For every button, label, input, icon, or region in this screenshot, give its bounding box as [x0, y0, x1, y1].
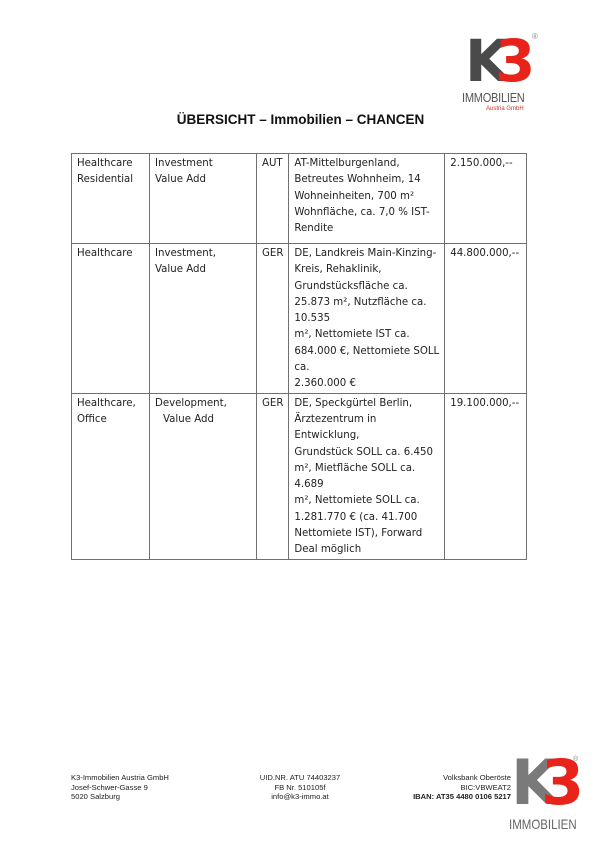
type-line: Healthcare [77, 246, 144, 262]
description-line: Grundstück SOLL ca. 6.450 [294, 445, 439, 461]
type-line: Healthcare, [77, 396, 144, 412]
footer-bic: BIC:VBWEAT2 [400, 783, 511, 793]
description-line: 10.535 [294, 311, 439, 327]
type-line: Office [77, 412, 144, 428]
table-row: HealthcareResidentialInvestmentValue Add… [72, 154, 527, 244]
description-line: Deal möglich [294, 542, 439, 558]
footer-logo-wordmark: IMMOBILIEN [509, 816, 577, 832]
cell-type: Healthcare,Office [72, 393, 150, 559]
cell-description: DE, Landkreis Main-Kinzing-Kreis, Rehakl… [289, 244, 445, 394]
footer-company-address: K3-Immobilien Austria GmbH Josef-Schwer-… [71, 773, 169, 802]
description-line: Kreis, Rehaklinik, [294, 262, 439, 278]
cell-category: InvestmentValue Add [150, 154, 257, 244]
footer-fb-nr: FB Nr. 510105f [240, 783, 360, 793]
page-title: ÜBERSICHT – Immobilien – CHANCEN [0, 112, 601, 127]
cell-description: DE, Speckgürtel Berlin,Ärztezentrum inEn… [289, 393, 445, 559]
registered-icon: ® [573, 756, 578, 763]
footer-company-name: K3-Immobilien Austria GmbH [71, 773, 169, 783]
footer-email: info@k3-immo.at [240, 792, 360, 802]
description-line: Grundstücksfläche ca. [294, 279, 439, 295]
cell-price: 2.150.000,-- [445, 154, 527, 244]
footer-logo: K 3 ® IMMOBILIEN [511, 754, 601, 844]
footer-street: Josef-Schwer-Gasse 9 [71, 783, 169, 793]
type-line: Residential [77, 172, 144, 188]
cell-price: 19.100.000,-- [445, 393, 527, 559]
cell-type: Healthcare [72, 244, 150, 394]
property-table: HealthcareResidentialInvestmentValue Add… [71, 153, 527, 560]
description-line: 684.000 €, Nettomiete SOLL [294, 344, 439, 360]
type-line: Healthcare [77, 156, 144, 172]
cell-category: Investment,Value Add [150, 244, 257, 394]
category-line: Investment, [155, 246, 251, 262]
description-line: Wohneinheiten, 700 m² [294, 189, 439, 205]
category-line: Investment [155, 156, 251, 172]
description-line: 25.873 m², Nutzfläche ca. [294, 295, 439, 311]
cell-country: GER [257, 244, 289, 394]
category-line: Value Add [155, 172, 251, 188]
logo-wordmark: IMMOBILIEN [462, 90, 525, 105]
footer-uid: UID.NR. ATU 74403237 [240, 773, 360, 783]
footer-iban: IBAN: AT35 4480 0106 5217 [400, 792, 511, 802]
description-line: m², Nettomiete IST ca. [294, 327, 439, 343]
description-line: 1.281.770 € (ca. 41.700 [294, 510, 439, 526]
category-line: Value Add [155, 262, 251, 278]
registered-icon: ® [532, 32, 538, 41]
description-line: Nettomiete IST), Forward [294, 526, 439, 542]
description-line: DE, Landkreis Main-Kinzing- [294, 246, 439, 262]
description-line: Entwicklung, [294, 428, 439, 444]
table-row: Healthcare,OfficeDevelopment,Value AddGE… [72, 393, 527, 559]
description-line: m², Nettomiete SOLL ca. [294, 493, 439, 509]
footer-registration: UID.NR. ATU 74403237 FB Nr. 510105f info… [240, 773, 360, 802]
category-line: Value Add [155, 412, 251, 428]
footer-city: 5020 Salzburg [71, 792, 169, 802]
cell-country: GER [257, 393, 289, 559]
category-line: Development, [155, 396, 251, 412]
description-line: Rendite [294, 221, 439, 237]
description-line: ca. [294, 360, 439, 376]
description-line: 4.689 [294, 477, 439, 493]
k3-logo-mark: K 3 ® [462, 32, 542, 87]
footer-bank: Volksbank Oberöste BIC:VBWEAT2 IBAN: AT3… [400, 773, 511, 802]
description-line: AT-Mittelburgenland, [294, 156, 439, 172]
description-line: DE, Speckgürtel Berlin, [294, 396, 439, 412]
logo-3-glyph: 3 [495, 34, 535, 88]
footer-bank-name: Volksbank Oberöste [400, 773, 511, 783]
description-line: Ärztezentrum in [294, 412, 439, 428]
cell-category: Development,Value Add [150, 393, 257, 559]
description-line: 2.360.000 € [294, 376, 439, 392]
description-line: Wohnfläche, ca. 7,0 % IST- [294, 205, 439, 221]
cell-type: HealthcareResidential [72, 154, 150, 244]
company-logo: K 3 ® IMMOBILIEN Austria GmbH [462, 32, 542, 112]
cell-description: AT-Mittelburgenland,Betreutes Wohnheim, … [289, 154, 445, 244]
cell-price: 44.800.000,-- [445, 244, 527, 394]
cell-country: AUT [257, 154, 289, 244]
table-row: HealthcareInvestment,Value AddGERDE, Lan… [72, 244, 527, 394]
description-line: m², Mietfläche SOLL ca. [294, 461, 439, 477]
description-line: Betreutes Wohnheim, 14 [294, 172, 439, 188]
